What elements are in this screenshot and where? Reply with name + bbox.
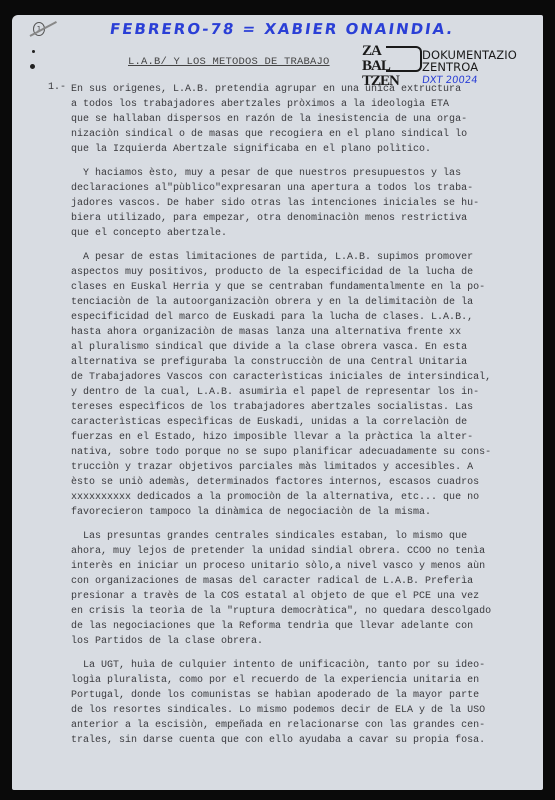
text-line: a todos los trabajadores abertzales pròx…: [71, 97, 555, 112]
text-line: con organizaciones de masas del caracter…: [71, 574, 555, 589]
text-line: de las negociaciones que la Reforma tend…: [71, 619, 555, 634]
text-line: hasta ahora organizaciòn de masas lanza …: [71, 325, 555, 340]
text-line: anterior a la escisiòn, empeñada en rela…: [71, 718, 555, 733]
text-line: que se hallaban dispersos en razón de la…: [71, 112, 555, 127]
hole-mark: [30, 64, 35, 69]
text-line: y dentro de la cual, L.A.B. asumirìa el …: [71, 385, 555, 400]
paragraph: Y haciamos èsto, muy a pesar de que nues…: [71, 166, 555, 241]
text-line: los Partidos de la clase obrera.: [71, 634, 555, 649]
hole-mark: [32, 50, 35, 53]
text-line: Las presuntas grandes centrales sindical…: [71, 529, 555, 544]
text-line: que el concepto abertzale.: [71, 226, 555, 241]
text-line: ahora, muy lejos de pretender la unidad …: [71, 544, 555, 559]
paragraph: A pesar de estas limitaciones de partida…: [71, 250, 555, 520]
text-line: èsto se uniò ademàs, determinados factor…: [71, 475, 555, 490]
section-number: 1.-: [48, 82, 66, 93]
text-line: Portugal, donde los comunistas se habìan…: [71, 688, 555, 703]
text-line: clases en Euskal Herria y que se centrab…: [71, 280, 555, 295]
text-line: interès en iniciar un proceso unitario s…: [71, 559, 555, 574]
text-line: favorecieron tampoco la dinàmica de nego…: [71, 505, 555, 520]
text-line: nizaciòn sindical o de masas que recogie…: [71, 127, 555, 142]
text-line: logìa pluralista, como por el recuerdo d…: [71, 673, 555, 688]
text-line: aspectos muy positivos, producto de la e…: [71, 265, 555, 280]
text-line: biera utilizado, para empezar, otra deno…: [71, 211, 555, 226]
document-body: En sus origenes, L.A.B. pretendia agrupa…: [71, 82, 555, 757]
text-line: trales, sin darse cuenta que con ello ay…: [71, 733, 555, 748]
text-line: especificidad del marco de Euskadi para …: [71, 310, 555, 325]
handwritten-note: FEBRERO-78 = XABIER ONAINDIA.: [109, 20, 456, 38]
text-line: presionar a travès de la COS estatal al …: [71, 589, 555, 604]
text-line: En sus origenes, L.A.B. pretendia agrupa…: [71, 82, 555, 97]
archive-name-line2: ZENTROA: [422, 61, 517, 73]
text-line: de los resortes sindicales. Lo mismo pod…: [71, 703, 555, 718]
text-line: que la Izquierda Abertzale significaba e…: [71, 142, 555, 157]
text-line: jadores vascos. De haber sido otras las …: [71, 196, 555, 211]
text-line: fuerzas en el Estado, hizo imposible lle…: [71, 430, 555, 445]
text-line: La UGT, huìa de culquier intento de unif…: [71, 658, 555, 673]
text-line: en crisis la teorìa de la "ruptura democ…: [71, 604, 555, 619]
text-line: xxxxxxxxxx dedicados a la promociòn de l…: [71, 490, 555, 505]
text-line: trucciòn y trazar objetivos parciales mà…: [71, 460, 555, 475]
document-title: L.A.B/ Y LOS METODOS DE TRABAJO: [128, 56, 330, 68]
text-line: tereses especìficos de los trabajadores …: [71, 400, 555, 415]
paragraph: Las presuntas grandes centrales sindical…: [71, 529, 555, 649]
paragraph: En sus origenes, L.A.B. pretendia agrupa…: [71, 82, 555, 157]
text-line: nativa, sobre todo porque no se supo pla…: [71, 445, 555, 460]
text-line: caracterìsticas especìficas de Euskadi, …: [71, 415, 555, 430]
text-line: tenciaciòn de la autoorganizaciòn obrera…: [71, 295, 555, 310]
text-line: Y haciamos èsto, muy a pesar de que nues…: [71, 166, 555, 181]
text-line: de Trabajadores Vascos con caracterìstic…: [71, 370, 555, 385]
text-line: A pesar de estas limitaciones de partida…: [71, 250, 555, 265]
text-line: declaraciones al"pùblico"expresaran una …: [71, 181, 555, 196]
text-line: al pluralismo sindical que divide a la c…: [71, 340, 555, 355]
archive-name: DOKUMENTAZIO ZENTROA: [422, 49, 517, 73]
paragraph: La UGT, huìa de culquier intento de unif…: [71, 658, 555, 748]
text-line: alternativa se prefiguraba la construcci…: [71, 355, 555, 370]
